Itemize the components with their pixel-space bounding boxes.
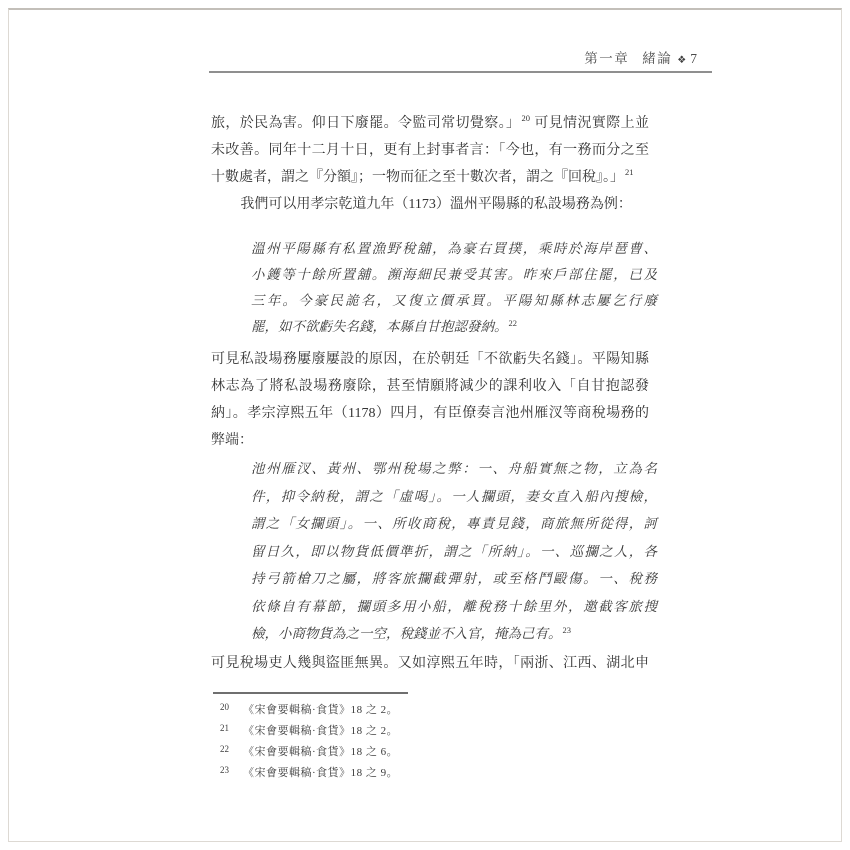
text-line: 可見稅場吏人幾與盜匪無異。又如淳熙五年時，「兩浙、江西、湖北申 [211,650,649,677]
text-run: 池州雁汊、黃州、鄂州稅場之弊：一、舟船實無之物，立為名 [251,461,657,476]
text-run: 留日久，即以物貨低價準折，謂之「所納」。一、巡攔之人，各 [251,544,657,559]
text-run: 旅，於民為害。仰日下廢罷。令監司常切覺察。」 [211,116,520,131]
text-line: 罷，如不欲虧失名錢，本縣自甘抱認發納。22 [251,314,657,340]
footnote-ref: 22 [509,318,518,328]
footnote: 21《宋會要輯稿·食貨》18 之 2。 [220,721,650,742]
paragraph-2: 可見私設場務屢廢屢設的原因，在於朝廷「不欲虧失名錢」。平陽知縣林志為了將私設場務… [211,346,649,454]
text-line: 林志為了將私設場務廢除，甚至情願將減少的課利收入「自甘抱認發 [211,373,649,400]
footnote-marker: 23 [220,760,229,781]
text-line: 溫州平陽縣有私置漁野稅舖，為豪右買撲，乘時於海岸琶曹、 [251,236,657,262]
section-label: 緒論 [642,51,672,66]
footnote-text: 《宋會要輯稿·食貨》18 之 6。 [243,746,398,758]
footnote-text: 《宋會要輯稿·食貨》18 之 2。 [243,704,398,716]
text-run: 溫州平陽縣有私置漁野稅舖，為豪右買撲，乘時於海岸琶曹、 [251,241,657,256]
footnote-ref: 23 [563,625,572,635]
footnote-marker: 21 [220,718,229,739]
footnote: 20《宋會要輯稿·食貨》18 之 2。 [220,700,650,721]
block-quote-2: 池州雁汊、黃州、鄂州稅場之弊：一、舟船實無之物，立為名件，抑令納稅，謂之「虛喝」… [251,455,657,648]
text-line: 謂之「女攔頭」。一、所收商稅，專責見錢，商旅無所從得，訶 [251,510,657,538]
text-line: 小鑊等十餘所置舖。瀕海細民兼受其害。昨來戶部住罷，已及 [251,262,657,288]
footnote-marker: 20 [220,697,229,718]
footnote-marker: 22 [220,739,229,760]
text-line: 我們可以用孝宗乾道九年（1173）溫州平陽縣的私設場務為例： [211,191,649,218]
text-run: 可見情況實際上並 [534,116,649,131]
book-page: 第一章緒論❖7 旅，於民為害。仰日下廢罷。令監司常切覺察。」20可見情況實際上並… [0,0,850,850]
text-line: 未改善。同年十二月十日，更有上封事者言：「今也，有一務而分之至 [211,137,649,164]
running-header: 第一章緒論❖7 [210,48,712,70]
text-line: 件，抑令納稅，謂之「虛喝」。一人攔頭，妻女直入船內搜檢， [251,483,657,511]
text-run: 可見稅場吏人幾與盜匪無異。又如淳熙五年時，「兩浙、江西、湖北申 [211,656,649,671]
footnote-text: 《宋會要輯稿·食貨》18 之 2。 [243,725,398,737]
text-run: 弊端： [211,433,253,448]
text-line: 三年。今豪民詭名，又復立價承買。平陽知縣林志屢乞行廢 [251,288,657,314]
text-run: 未改善。同年十二月十日，更有上封事者言：「今也，有一務而分之至 [211,143,649,158]
text-run: 檢，小商物貨為之一空，稅錢並不入官，掩為己有。 [251,626,562,641]
text-line: 旅，於民為害。仰日下廢罷。令監司常切覺察。」20可見情況實際上並 [211,110,649,137]
text-run: 可見私設場務屢廢屢設的原因，在於朝廷「不欲虧失名錢」。平陽知縣 [211,352,649,367]
text-run: 我們可以用孝宗乾道九年（1173）溫州平陽縣的私設場務為例： [240,197,631,212]
text-run: 依條自有幕節，攔頭多用小船，離稅務十餘里外，邀截客旅搜 [251,599,657,614]
paragraph-3: 可見稅場吏人幾與盜匪無異。又如淳熙五年時，「兩浙、江西、湖北申 [211,650,649,677]
ornament-icon: ❖ [677,55,686,66]
header-rule [209,71,712,73]
chapter-label: 第一章 [584,51,629,66]
footnote-text: 《宋會要輯稿·食貨》18 之 9。 [243,767,398,779]
text-line: 納」。孝宗淳熙五年（1178）四月，有臣僚奏言池州雁汊等商稅場務的 [211,400,649,427]
text-line: 十數處者，謂之『分額』；一物而征之至十數次者，謂之『回稅』。」21 [211,164,649,191]
footnote-ref: 20 [521,113,530,123]
text-run: 謂之「女攔頭」。一、所收商稅，專責見錢，商旅無所從得，訶 [251,516,657,531]
text-line: 持弓箭槍刀之屬，將客旅攔截彈射，或至格鬥毆傷。一、稅務 [251,565,657,593]
text-run: 持弓箭槍刀之屬，將客旅攔截彈射，或至格鬥毆傷。一、稅務 [251,571,657,586]
footnote: 23《宋會要輯稿·食貨》18 之 9。 [220,763,650,784]
text-run: 納」。孝宗淳熙五年（1178）四月，有臣僚奏言池州雁汊等商稅場務的 [211,406,649,421]
text-line: 可見私設場務屢廢屢設的原因，在於朝廷「不欲虧失名錢」。平陽知縣 [211,346,649,373]
paragraph-1: 旅，於民為害。仰日下廢罷。令監司常切覺察。」20可見情況實際上並未改善。同年十二… [211,110,649,218]
text-line: 依條自有幕節，攔頭多用小船，離稅務十餘里外，邀截客旅搜 [251,593,657,621]
footnote-rule [213,692,408,694]
text-line: 弊端： [211,427,649,454]
footnotes: 20《宋會要輯稿·食貨》18 之 2。 21《宋會要輯稿·食貨》18 之 2。 … [220,700,650,784]
footnote: 22《宋會要輯稿·食貨》18 之 6。 [220,742,650,763]
text-run: 十數處者，謂之『分額』；一物而征之至十數次者，謂之『回稅』。」 [211,170,624,185]
text-line: 池州雁汊、黃州、鄂州稅場之弊：一、舟船實無之物，立為名 [251,455,657,483]
text-run: 林志為了將私設場務廢除，甚至情願將減少的課利收入「自甘抱認發 [211,379,649,394]
footnote-ref: 21 [625,167,634,177]
text-line: 留日久，即以物貨低價準折，謂之「所納」。一、巡攔之人，各 [251,538,657,566]
text-run: 罷，如不欲虧失名錢，本縣自甘抱認發納。 [251,319,508,334]
text-run: 三年。今豪民詭名，又復立價承買。平陽知縣林志屢乞行廢 [251,293,657,308]
text-run: 小鑊等十餘所置舖。瀕海細民兼受其害。昨來戶部住罷，已及 [251,267,657,282]
block-quote-1: 溫州平陽縣有私置漁野稅舖，為豪右買撲，乘時於海岸琶曹、小鑊等十餘所置舖。瀕海細民… [251,236,657,340]
page-number: 7 [690,51,697,66]
text-line: 檢，小商物貨為之一空，稅錢並不入官，掩為己有。23 [251,620,657,648]
text-run: 件，抑令納稅，謂之「虛喝」。一人攔頭，妻女直入船內搜檢， [251,489,657,504]
